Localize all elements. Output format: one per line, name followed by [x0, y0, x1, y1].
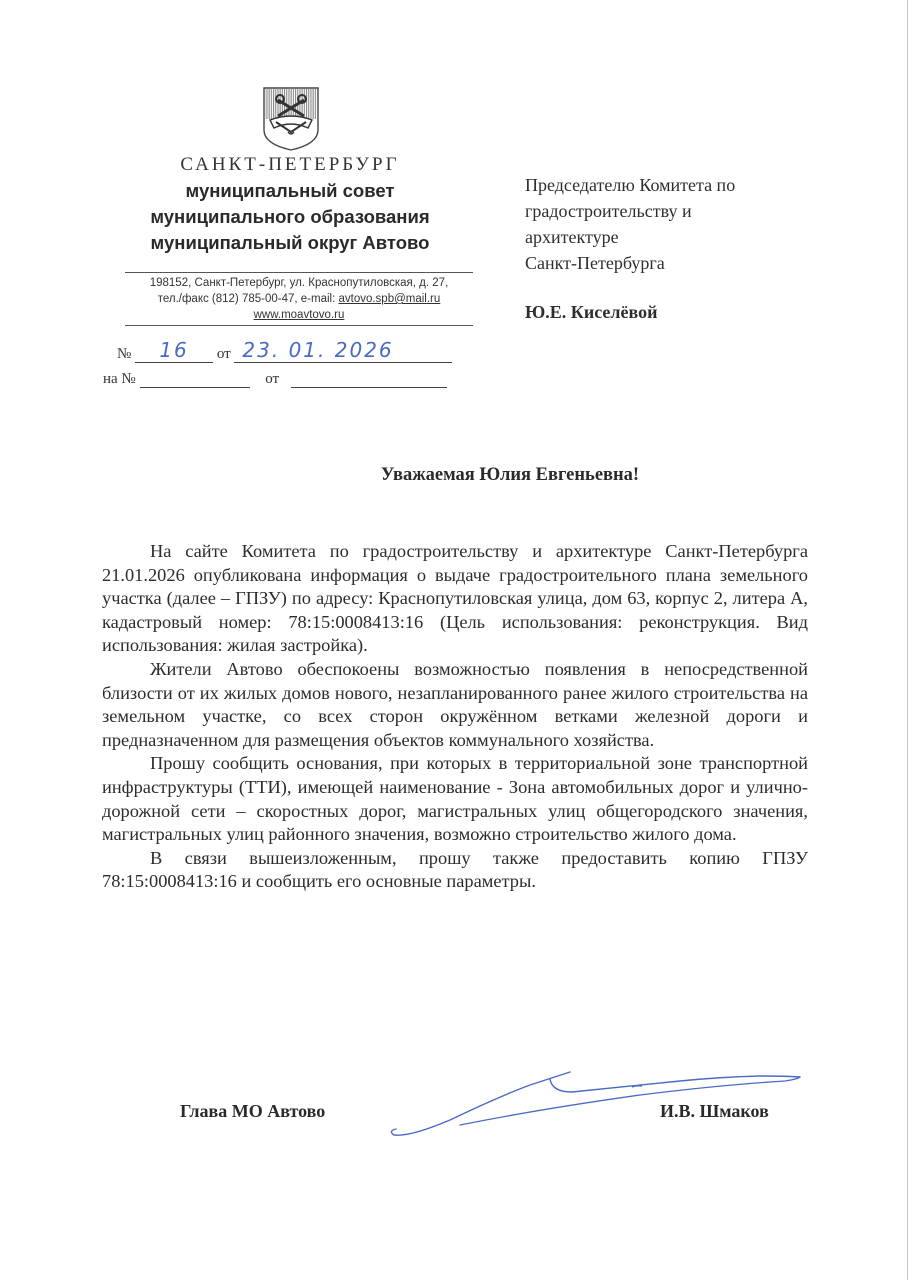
body-paragraph: Жители Автово обеспокоены возможностью п…	[102, 658, 808, 752]
page-edge	[907, 0, 908, 1280]
addressee-line: Санкт-Петербурга	[525, 250, 825, 276]
date-label: от	[217, 346, 231, 362]
letterhead-divider-top	[125, 272, 473, 273]
signatory-title: Глава МО Автово	[180, 1101, 325, 1122]
addressee-name: Ю.Е. Киселёвой	[525, 302, 657, 323]
reply-number-label: на №	[103, 371, 136, 387]
letterhead-city: САНКТ-ПЕТЕРБУРГ	[120, 154, 460, 176]
letterhead-org-line: муниципальный округ Автово	[110, 230, 470, 256]
addressee-line: градостроительству и	[525, 198, 825, 224]
letterhead-address: 198152, Санкт-Петербург, ул. Краснопутил…	[125, 275, 473, 291]
reply-date-label: от	[265, 371, 279, 387]
body-paragraph: В связи вышеизложенным, прошу также пред…	[102, 847, 808, 894]
body-paragraph: На сайте Комитета по градостроительству …	[102, 540, 808, 658]
addressee-line: архитектуре	[525, 224, 825, 250]
email-link[interactable]: avtovo.spb@mail.ru	[338, 293, 440, 305]
salutation: Уважаемая Юлия Евгеньевна!	[0, 465, 909, 486]
handwritten-date: 23. 01. 2026	[242, 338, 452, 362]
addressee-block: Председателю Комитета по градостроительс…	[525, 172, 825, 276]
signatory-name: И.В. Шмаков	[660, 1101, 769, 1122]
coat-of-arms-icon	[262, 86, 320, 152]
reply-number-field	[140, 370, 250, 388]
handwritten-number: 16	[135, 338, 213, 362]
outgoing-number-row: № 16 от 23. 01. 2026	[117, 345, 452, 363]
letterhead-divider-bottom	[125, 325, 473, 326]
reply-number-row: на № от	[103, 370, 447, 388]
number-label: №	[117, 346, 131, 362]
reply-date-field	[291, 370, 447, 388]
addressee-line: Председателю Комитета по	[525, 172, 825, 198]
letterhead-org-line: муниципального образования	[110, 204, 470, 230]
contact-phone: тел./факс (812) 785-00-47, e-mail:	[158, 293, 339, 305]
letterhead-org-line: муниципальный совет	[110, 178, 470, 204]
letterhead-contacts: тел./факс (812) 785-00-47, e-mail: avtov…	[125, 291, 473, 307]
body-paragraph: Прошу сообщить основания, при которых в …	[102, 752, 808, 846]
letterhead-website-row: www.moavtovo.ru	[125, 307, 473, 323]
website-link[interactable]: www.moavtovo.ru	[254, 309, 345, 321]
number-field: 16	[135, 345, 213, 363]
letter-body: На сайте Комитета по градостроительству …	[102, 540, 808, 894]
date-field: 23. 01. 2026	[234, 345, 452, 363]
